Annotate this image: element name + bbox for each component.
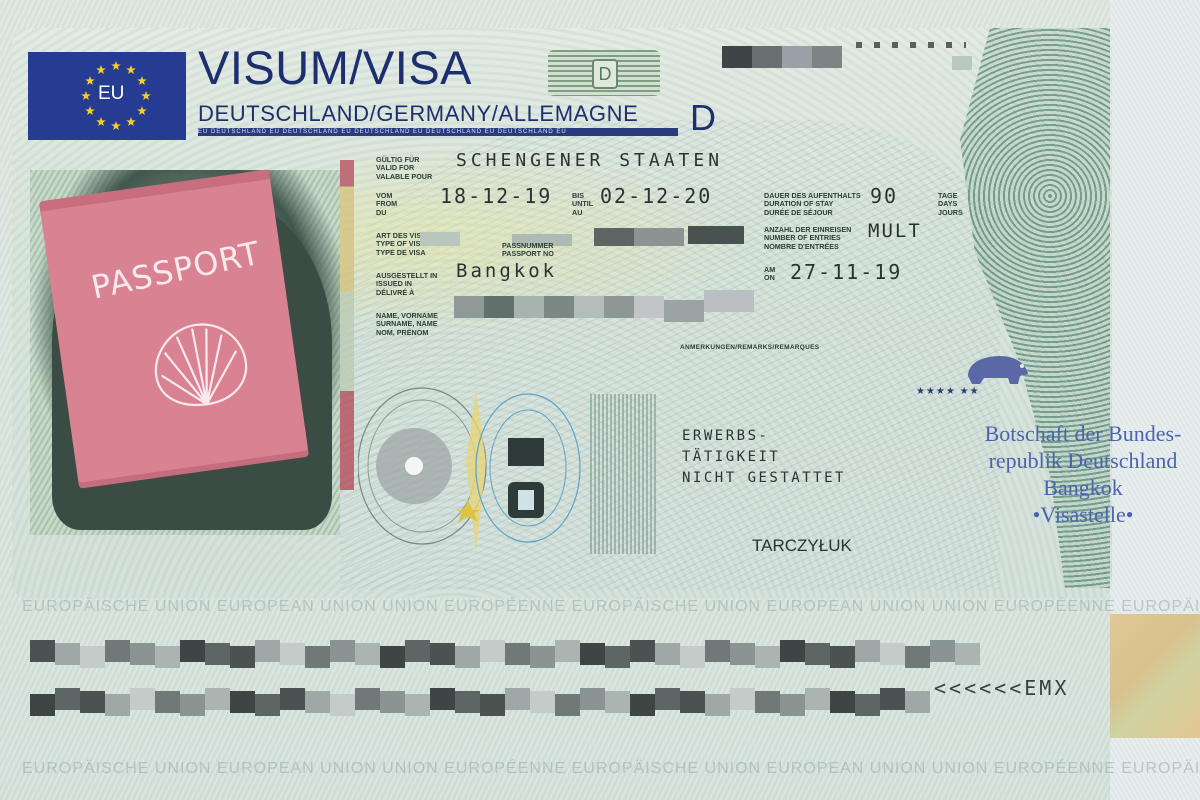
until-label: BIS UNTIL AU: [572, 192, 593, 217]
eagle-stamp-icon: [962, 352, 1034, 386]
until-value: 02-12-20: [600, 186, 712, 206]
country-emblem-icon: D: [548, 50, 660, 96]
mrz-line-2-redacted: [30, 688, 1050, 714]
embassy-stamp-line: Botschaft der Bundes-: [958, 420, 1200, 447]
color-security-strip: [340, 160, 354, 490]
entries-label: ANZAHL DER EINREISEN NUMBER OF ENTRIES N…: [764, 226, 851, 251]
eu-hologram-seal-icon: [358, 382, 658, 560]
issued-in-value: Bangkok: [456, 262, 557, 281]
eu-label: EU: [98, 83, 124, 105]
valid-for-label: GÜLTIG FÜR VALID FOR VALABLE POUR: [376, 156, 432, 181]
embassy-stamp: Botschaft der Bundes- republik Deutschla…: [958, 420, 1200, 528]
stamp-stars: ★★★★ ★★: [916, 386, 980, 397]
shell-icon: [139, 311, 261, 417]
remarks-text: ERWERBS- TÄTIGKEIT NICHT GESTATTET: [682, 426, 846, 489]
embassy-stamp-line: •Visastelle•: [958, 501, 1200, 528]
passport-overlay-label: PASSPORT: [84, 233, 268, 308]
background-microtext: EUROPÄISCHE UNION EUROPEAN UNION UNION E…: [22, 598, 1200, 616]
eu-flag-icon: EU: [28, 52, 186, 140]
emblem-letter: D: [592, 59, 618, 89]
valid-for-value: SCHENGENER STAATEN: [456, 152, 723, 170]
from-value: 18-12-19: [440, 186, 552, 206]
duration-value: 90: [870, 186, 898, 206]
issuing-country: DEUTSCHLAND/GERMANY/ALLEMAGNE: [198, 103, 638, 125]
mrz-line-1-redacted: [30, 640, 1050, 666]
background-microtext: EUROPÄISCHE UNION EUROPEAN UNION UNION E…: [22, 760, 1200, 778]
visa-title: VISUM/VISA: [198, 44, 472, 91]
duration-unit-label: TAGE DAYS JOURS: [938, 192, 963, 217]
issued-on-value: 27-11-19: [790, 262, 902, 282]
passport-emoji-overlay: PASSPORT: [39, 169, 309, 488]
passport-no-label: PASSNUMMER PASSPORT No: [502, 242, 554, 259]
officer-name: TARCZYŁUK: [752, 536, 852, 556]
entries-value: MULT: [868, 222, 922, 241]
microprint-line: EU DEUTSCHLAND EU DEUTSCHLAND EU DEUTSCH…: [198, 128, 678, 136]
country-code: D: [690, 100, 716, 136]
remarks-label: ANMERKUNGEN/REMARKS/REMARQUES: [680, 344, 819, 351]
hologram-corner: [1110, 614, 1200, 738]
duration-label: DAUER DES AUFENTHALTS DURATION OF STAY D…: [764, 192, 861, 217]
name-label: NAME, VORNAME SURNAME, NAME NOM, PRÉNOM: [376, 312, 438, 337]
embassy-stamp-line: republik Deutschland: [958, 447, 1200, 474]
issued-on-label: AM ON: [764, 266, 775, 283]
embassy-stamp-line: Bangkok: [958, 474, 1200, 501]
mrz-line-2-visible: <<<<<<EMX: [934, 676, 1069, 700]
from-label: VOM FROM DU: [376, 192, 397, 217]
visa-number-redacted: [706, 40, 976, 70]
issued-in-label: AUSGESTELLT IN ISSUED IN DÉLIVRÉ À: [376, 272, 437, 297]
